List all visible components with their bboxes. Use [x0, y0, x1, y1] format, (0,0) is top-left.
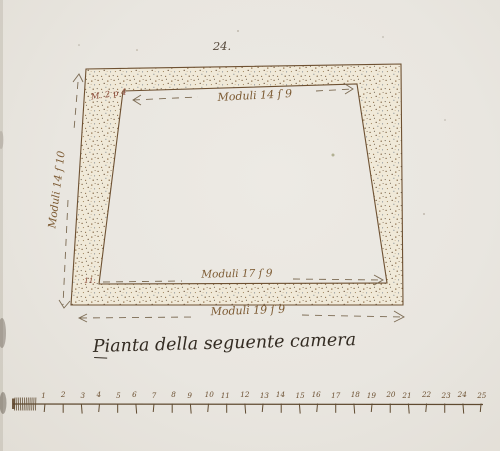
arrow-down-icon: [59, 300, 70, 308]
ruler-ticks: 1234567891011121314151617181920212223242…: [41, 390, 486, 414]
ruler-number: 17: [331, 391, 341, 400]
ruler-number: 8: [171, 390, 176, 399]
ruler-number: 14: [276, 390, 286, 399]
ruler-number: 19: [367, 391, 377, 400]
manuscript-page: 24. Moduli 14 ſ 9 Moduli 14 ſ 10 Moduli …: [0, 0, 500, 451]
page-number: 24.: [212, 39, 231, 53]
ruler: 1234567891011121314151617181920212223242…: [12, 390, 487, 414]
ruler-number: 12: [240, 390, 250, 399]
ruler-number: 24: [457, 390, 468, 399]
ruler-number: 22: [421, 390, 432, 399]
arrow-up-icon: [73, 74, 83, 82]
ruler-number: 18: [351, 390, 361, 399]
ruler-number: 6: [132, 390, 137, 399]
ruler-number: 3: [80, 391, 85, 400]
measure-label-bottom-inner: Moduli 17 ſ 9: [200, 267, 273, 280]
ruler-number: 9: [187, 391, 192, 400]
ruler-number: 15: [296, 391, 306, 400]
measure-label-bottom-outer: Moduli 19 ſ 9: [209, 303, 285, 319]
ruler-number: 11: [221, 391, 230, 400]
ruler-number: 4: [96, 390, 102, 399]
measure-label-top: Moduli 14 ſ 9: [216, 87, 292, 104]
ruler-number: 10: [205, 390, 215, 399]
ruler-number: 13: [260, 391, 270, 400]
plan-drawing: 24. Moduli 14 ſ 9 Moduli 14 ſ 10 Moduli …: [0, 0, 500, 451]
ruler-number: 23: [441, 391, 452, 400]
caption: Pianta della seguente camera: [92, 330, 357, 357]
ruler-number: 5: [116, 391, 121, 400]
caption-group: Pianta della seguente camera: [92, 330, 357, 358]
ruler-number: 1: [41, 391, 46, 400]
page-edge-shadow: [0, 0, 7, 451]
ruler-number: 16: [312, 390, 322, 399]
ruler-number: 25: [476, 391, 487, 400]
ruler-number: 21: [401, 391, 411, 400]
ruler-number: 2: [60, 390, 66, 399]
measure-label-left: Moduli 14 ſ 10: [46, 150, 68, 230]
ruler-baseline: [13, 404, 483, 405]
ruler-number: 20: [385, 390, 396, 399]
inner-corner-note: 11.: [84, 276, 96, 285]
caption-underline: [94, 357, 107, 358]
ruler-number: 7: [152, 391, 157, 400]
